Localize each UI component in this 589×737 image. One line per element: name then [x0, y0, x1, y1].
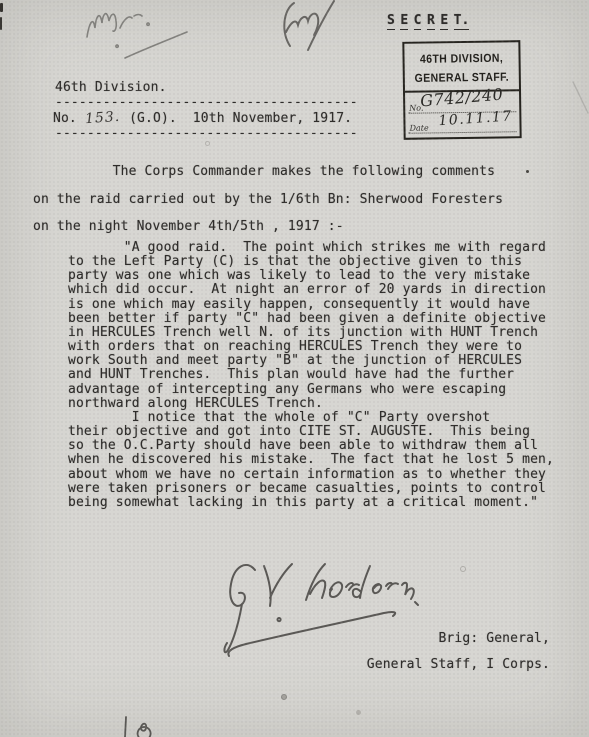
paper-speck [356, 710, 361, 715]
typed-line: advantage of intercepting any Germans wh… [68, 383, 554, 397]
paper-speck [460, 566, 466, 572]
classification-letter: R [427, 13, 435, 30]
dashed-rule: -------------------------------------- [55, 96, 358, 109]
typed-line: when he discovered his mistake. The fact… [68, 453, 554, 467]
reference-prefix: No. [53, 111, 77, 126]
scan-edge-artifact [0, 17, 2, 30]
typed-line: The Corps Commander makes the following … [33, 158, 503, 186]
reference-number-handwritten: 153. [84, 109, 120, 127]
reference-rest: (G.O). 10th November, 1917. [129, 111, 352, 126]
paper-speck [526, 170, 529, 173]
classification-letter: S [387, 13, 395, 30]
stamp-date-label: Date [409, 123, 428, 132]
pencil-mark-bottom [112, 714, 162, 737]
classification-heading: S E C R E T. [387, 13, 469, 30]
typed-line: in HERCULES Trench well N. of its juncti… [68, 326, 554, 340]
typed-line: and HUNT Trenches. This plan would have … [68, 368, 554, 382]
pencil-initials-left [80, 4, 195, 62]
paper-speck [281, 694, 287, 700]
intro-paragraph: The Corps Commander makes the following … [33, 158, 503, 241]
classification-letter: T. [454, 13, 470, 30]
typed-line: on the night November 4th/5th , 1917 :- [33, 213, 503, 241]
classification-letter: E [400, 13, 408, 30]
pencil-initials-right [266, 0, 348, 52]
signoff-rank: Brig: General, [438, 631, 550, 646]
registry-stamp: 46TH DIVISION, GENERAL STAFF. No. Date G… [402, 40, 521, 140]
division-title: 46th Division. [55, 80, 167, 95]
scan-edge-artifact [0, 3, 3, 12]
typed-line: about whom we have no certain informatio… [68, 468, 554, 482]
typed-line: were taken prisoners or became casualtie… [68, 482, 554, 496]
typed-line: is one which may easily happen, conseque… [68, 298, 554, 312]
dashed-rule: -------------------------------------- [55, 127, 358, 140]
typed-line: being somewhat lacking in this party at … [68, 496, 554, 510]
typed-line: I notice that the whole of "C" Party ove… [68, 411, 554, 425]
classification-letter: E [440, 13, 448, 30]
signature-handwriting [222, 554, 427, 666]
quoted-comments: "A good raid. The point which strikes me… [68, 241, 554, 510]
paper-speck [205, 141, 210, 146]
typed-line: northward along HERCULES Trench. [68, 397, 554, 411]
reference-line: No. 153. (G.O). 10th November, 1917. [53, 110, 352, 126]
classification-letter: C [414, 13, 422, 30]
document-page: S E C R E T. 46TH DIVISION, GENERAL STAF… [0, 0, 589, 737]
typed-line: which did occur. At night an error of 20… [68, 283, 554, 297]
typed-line: been better if party "C" had been given … [68, 312, 554, 326]
signoff-unit: General Staff, I Corps. [367, 657, 550, 672]
paper-crease [570, 80, 589, 115]
typed-line: on the raid carried out by the 1/6th Bn:… [33, 186, 503, 214]
